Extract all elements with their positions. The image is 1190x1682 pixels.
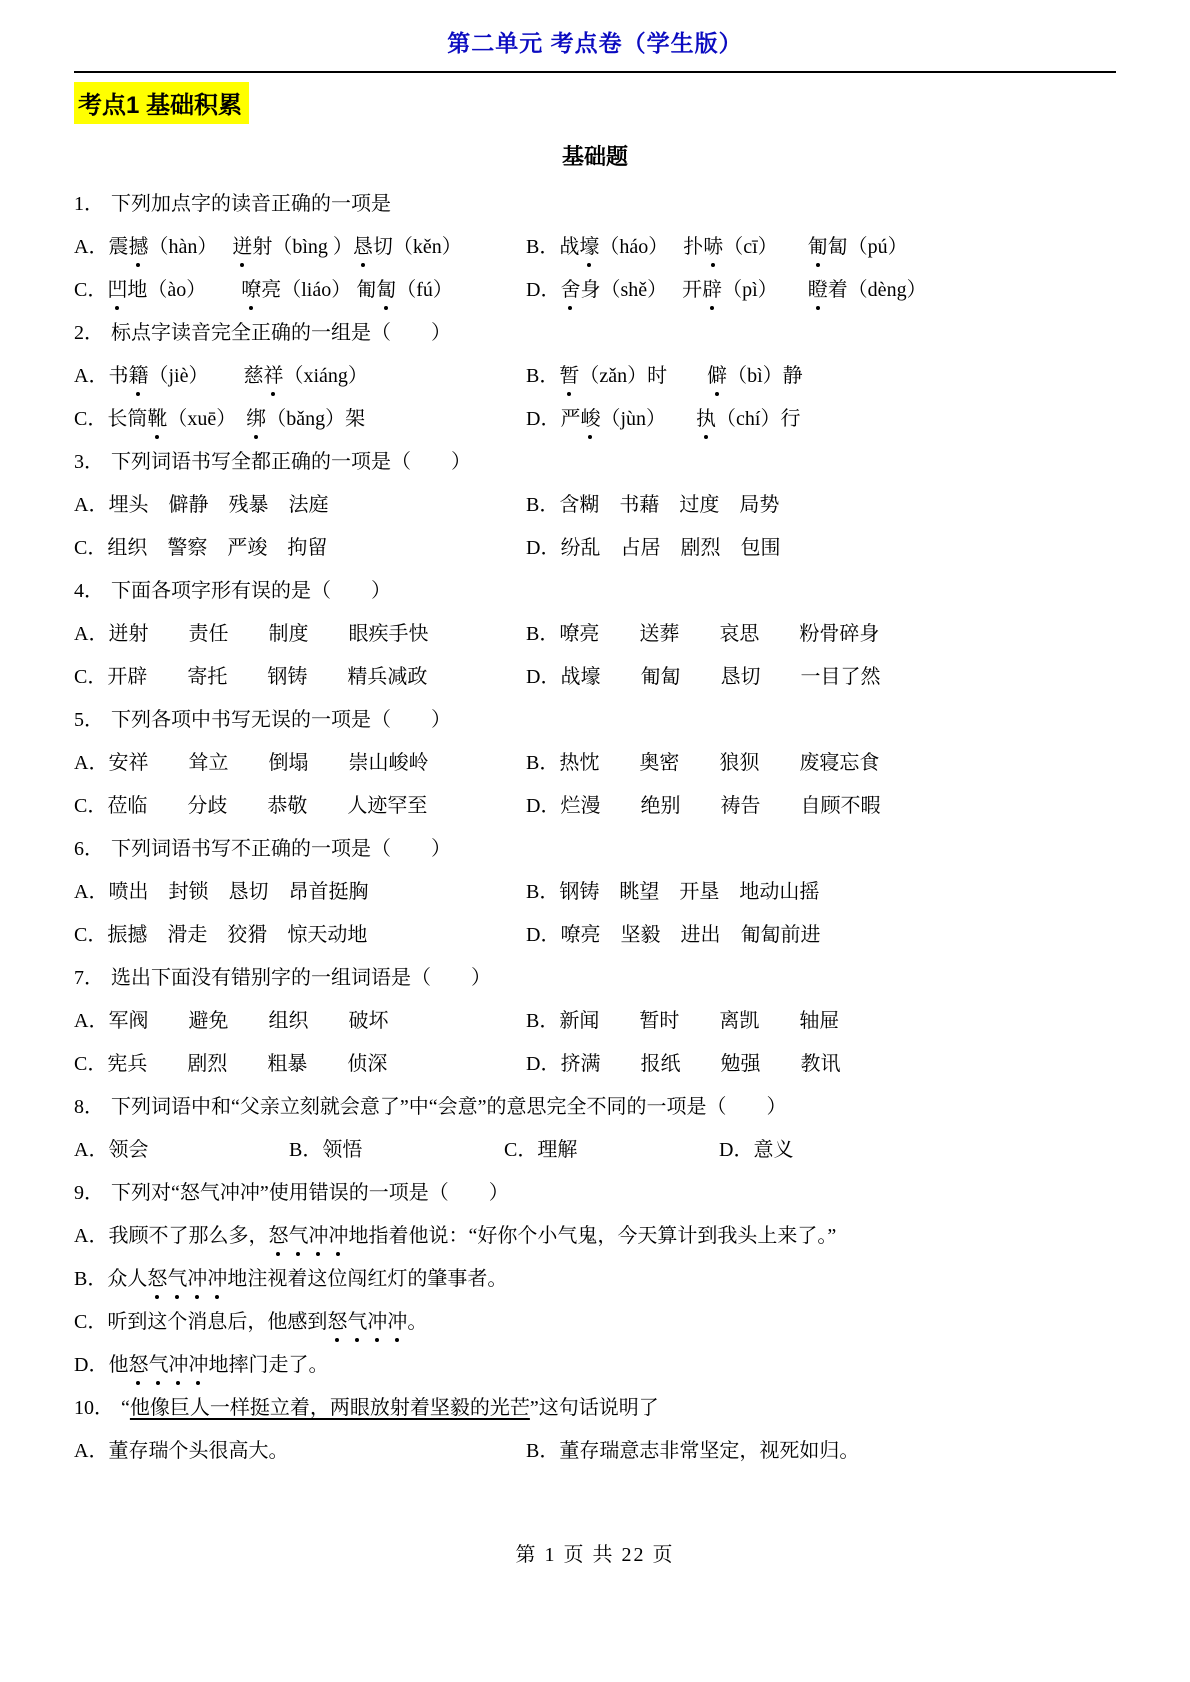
option-row: A．领会B．领悟C．理解D．意义	[74, 1137, 1116, 1164]
emphasis-dot-char: 怒	[268, 1223, 288, 1250]
question-stem: 10．“他像巨人一样挺立着，两眼放射着坚毅的光芒”这句话说明了	[74, 1395, 1116, 1422]
question-4: 4．下面各项字形有误的是（ ）A．迸射 责任 制度 眼疾手快B．嘹亮 送葬 哀思…	[74, 578, 1116, 691]
option-cell: A．安祥 耸立 倒塌 崇山峻岭	[74, 750, 526, 777]
option-row: C．宪兵 剧烈 粗暴 侦深D．挤满 报纸 勉强 教讯	[74, 1051, 1116, 1078]
emphasis-dot-char: 气	[347, 1309, 367, 1336]
option-cell: B．董存瑞意志非常坚定，视死如归。	[526, 1438, 1116, 1465]
option-row: C．莅临 分歧 恭敬 人迹罕至D．烂漫 绝别 祷告 自顾不暇	[74, 793, 1116, 820]
emphasis-dot-char: 冲	[207, 1266, 227, 1293]
underlined-quote: 他像巨人一样挺立着，两眼放射着坚毅的光芒	[130, 1397, 530, 1419]
option-cell: C．莅临 分歧 恭敬 人迹罕至	[74, 793, 526, 820]
emphasis-dot-char: 冲	[328, 1223, 348, 1250]
emphasis-dot-char: 匐	[376, 277, 396, 304]
emphasis-dot-char: 气	[167, 1266, 187, 1293]
emphasis-dot-char: 冲	[188, 1352, 208, 1379]
option-row: A．书籍（jiè） 慈祥（xiáng）B．暂（zǎn）时 僻（bì）静	[74, 363, 1116, 390]
option-row: A．喷出 封锁 恳切 昂首挺胸B．钢铸 眺望 开垦 地动山摇	[74, 879, 1116, 906]
emphasis-dot-char: 迸	[232, 234, 252, 261]
option-cell: D．嘹亮 坚毅 进出 匍匐前进	[526, 922, 1116, 949]
option-cell: B．战壕（háo） 扑哧（cī） 匍匐（pú）	[526, 234, 1116, 261]
option-row: C．凹地（ào） 嘹亮（liáo） 匍匐（fú）D．舍身（shě） 开辟（pì）…	[74, 277, 1116, 304]
emphasis-dot-char: 嘹	[241, 277, 261, 304]
section-highlight-label: 考点1 基础积累	[74, 82, 249, 124]
question-stem: 8．下列词语中和“父亲立刻就会意了”中“会意”的意思完全不同的一项是（ ）	[74, 1094, 1116, 1121]
emphasis-dot-char: 怒	[147, 1266, 167, 1293]
emphasis-dot-char: 执	[696, 406, 716, 433]
option-row: A．震撼（hàn） 迸射（bìng ）恳切（kěn）B．战壕（háo） 扑哧（c…	[74, 234, 1116, 261]
question-3: 3．下列词语书写全都正确的一项是（ ）A．埋头 僻静 残暴 法庭B．含糊 书藉 …	[74, 449, 1116, 562]
emphasis-dot-char: 冲	[387, 1309, 407, 1336]
option-row: A．我顾不了那么多，怒气冲冲地指着他说：“好你个小气鬼，今天算计到我头上来了。”	[74, 1223, 1116, 1250]
option-row: C．振撼 滑走 狡猾 惊天动地D．嘹亮 坚毅 进出 匍匐前进	[74, 922, 1116, 949]
page-footer: 第 1 页 共 22 页	[0, 1538, 1190, 1567]
option-cell: B．热忱 奥密 狼狈 废寝忘食	[526, 750, 1116, 777]
option-cell: C．理解	[504, 1137, 719, 1164]
option-row: C．开辟 寄托 钢铸 精兵减政D．战壕 匍匐 恳切 一目了然	[74, 664, 1116, 691]
option-cell: D．纷乱 占居 剧烈 包围	[526, 535, 1116, 562]
question-stem: 5．下列各项中书写无误的一项是（ ）	[74, 707, 1116, 734]
option-cell: B．嘹亮 送葬 哀思 粉骨碎身	[526, 621, 1116, 648]
question-stem: 6．下列词语书写不正确的一项是（ ）	[74, 836, 1116, 863]
question-5: 5．下列各项中书写无误的一项是（ ）A．安祥 耸立 倒塌 崇山峻岭B．热忱 奥密…	[74, 707, 1116, 820]
option-cell: A．迸射 责任 制度 眼疾手快	[74, 621, 526, 648]
emphasis-dot-char: 匍	[808, 234, 828, 261]
emphasis-dot-char: 怒	[128, 1352, 148, 1379]
option-cell: B．暂（zǎn）时 僻（bì）静	[526, 363, 1116, 390]
emphasis-dot-char: 冲	[168, 1352, 188, 1379]
option-cell: D．严峻（jùn） 执（chí）行	[526, 406, 1116, 433]
option-cell: A．震撼（hàn） 迸射（bìng ）恳切（kěn）	[74, 234, 526, 261]
option-cell: C．振撼 滑走 狡猾 惊天动地	[74, 922, 526, 949]
question-10: 10．“他像巨人一样挺立着，两眼放射着坚毅的光芒”这句话说明了A．董存瑞个头很高…	[74, 1395, 1116, 1465]
question-7: 7．选出下面没有错别字的一组词语是（ ）A．军阀 避免 组织 破坏B．新闻 暂时…	[74, 965, 1116, 1078]
emphasis-dot-char: 暂	[559, 363, 579, 390]
option-cell: B．含糊 书藉 过度 局势	[526, 492, 1116, 519]
option-row: A．董存瑞个头很高大。B．董存瑞意志非常坚定，视死如归。	[74, 1438, 1116, 1465]
question-number: 5．	[74, 709, 104, 731]
emphasis-dot-char: 靴	[147, 406, 167, 433]
question-stem: 9．下列对“怒气冲冲”使用错误的一项是（ ）	[74, 1180, 1116, 1207]
option-row: C．长筒靴（xuē） 绑（bǎng）架D．严峻（jùn） 执（chí）行	[74, 406, 1116, 433]
option-cell: C．开辟 寄托 钢铸 精兵减政	[74, 664, 526, 691]
emphasis-dot-char: 怒	[327, 1309, 347, 1336]
question-6: 6．下列词语书写不正确的一项是（ ）A．喷出 封锁 恳切 昂首挺胸B．钢铸 眺望…	[74, 836, 1116, 949]
option-row: A．迸射 责任 制度 眼疾手快B．嘹亮 送葬 哀思 粉骨碎身	[74, 621, 1116, 648]
document-page: 第二单元 考点卷（学生版） 考点1 基础积累 基础题 1．下列加点字的读音正确的…	[0, 0, 1190, 1682]
option-row: A．军阀 避免 组织 破坏B．新闻 暂时 离凯 轴屉	[74, 1008, 1116, 1035]
emphasis-dot-char: 哧	[703, 234, 723, 261]
emphasis-dot-char: 瞪	[808, 277, 828, 304]
option-cell: A．埋头 僻静 残暴 法庭	[74, 492, 526, 519]
emphasis-dot-char: 冲	[308, 1223, 328, 1250]
emphasis-dot-char: 祥	[263, 363, 283, 390]
option-cell: D．烂漫 绝别 祷告 自顾不暇	[526, 793, 1116, 820]
emphasis-dot-char: 撼	[128, 234, 148, 261]
option-cell: C．长筒靴（xuē） 绑（bǎng）架	[74, 406, 526, 433]
option-cell: B．领悟	[289, 1137, 504, 1164]
emphasis-dot-char: 辟	[702, 277, 722, 304]
question-8: 8．下列词语中和“父亲立刻就会意了”中“会意”的意思完全不同的一项是（ ）A．领…	[74, 1094, 1116, 1164]
option-row: A．埋头 僻静 残暴 法庭B．含糊 书藉 过度 局势	[74, 492, 1116, 519]
emphasis-dot-char: 凹	[107, 277, 127, 304]
option-cell: A．书籍（jiè） 慈祥（xiáng）	[74, 363, 526, 390]
question-number: 9．	[74, 1182, 104, 1204]
question-number: 2．	[74, 322, 104, 344]
option-cell: A．军阀 避免 组织 破坏	[74, 1008, 526, 1035]
option-cell: D．意义	[719, 1137, 793, 1164]
question-stem: 2．标点字读音完全正确的一组是（ ）	[74, 320, 1116, 347]
question-number: 8．	[74, 1096, 104, 1118]
emphasis-dot-char: 冲	[187, 1266, 207, 1293]
emphasis-dot-char: 气	[148, 1352, 168, 1379]
option-cell: A．我顾不了那么多，怒气冲冲地指着他说：“好你个小气鬼，今天算计到我头上来了。”	[74, 1223, 836, 1250]
emphasis-dot-char: 冲	[367, 1309, 387, 1336]
option-row: B．众人怒气冲冲地注视着这位闯红灯的肇事者。	[74, 1266, 1116, 1293]
emphasis-dot-char: 峻	[580, 406, 600, 433]
question-number: 10．	[74, 1397, 114, 1419]
option-cell: A．董存瑞个头很高大。	[74, 1438, 526, 1465]
option-row: A．安祥 耸立 倒塌 崇山峻岭B．热忱 奥密 狼狈 废寝忘食	[74, 750, 1116, 777]
question-list: 1．下列加点字的读音正确的一项是A．震撼（hàn） 迸射（bìng ）恳切（kě…	[74, 191, 1116, 1465]
option-cell: D．挤满 报纸 勉强 教讯	[526, 1051, 1116, 1078]
option-cell: A．喷出 封锁 恳切 昂首挺胸	[74, 879, 526, 906]
option-cell: C．组织 警察 严竣 拘留	[74, 535, 526, 562]
question-number: 7．	[74, 967, 104, 989]
option-cell: B．众人怒气冲冲地注视着这位闯红灯的肇事者。	[74, 1266, 507, 1293]
question-number: 3．	[74, 451, 104, 473]
question-stem: 7．选出下面没有错别字的一组词语是（ ）	[74, 965, 1116, 992]
question-number: 6．	[74, 838, 104, 860]
emphasis-dot-char: 壕	[579, 234, 599, 261]
option-row: C．听到这个消息后，他感到怒气冲冲。	[74, 1309, 1116, 1336]
option-cell: C．听到这个消息后，他感到怒气冲冲。	[74, 1309, 427, 1336]
question-stem: 4．下面各项字形有误的是（ ）	[74, 578, 1116, 605]
emphasis-dot-char: 僻	[707, 363, 727, 390]
option-cell: D．战壕 匍匐 恳切 一目了然	[526, 664, 1116, 691]
option-cell: C．宪兵 剧烈 粗暴 侦深	[74, 1051, 526, 1078]
emphasis-dot-char: 舍	[560, 277, 580, 304]
emphasis-dot-char: 恳	[353, 234, 373, 261]
question-number: 4．	[74, 580, 104, 602]
option-cell: C．凹地（ào） 嘹亮（liáo） 匍匐（fú）	[74, 277, 526, 304]
option-cell: D．他怒气冲冲地摔门走了。	[74, 1352, 328, 1379]
option-row: C．组织 警察 严竣 拘留D．纷乱 占居 剧烈 包围	[74, 535, 1116, 562]
page-title: 第二单元 考点卷（学生版）	[74, 0, 1116, 58]
question-2: 2．标点字读音完全正确的一组是（ ）A．书籍（jiè） 慈祥（xiáng）B．暂…	[74, 320, 1116, 433]
question-9: 9．下列对“怒气冲冲”使用错误的一项是（ ）A．我顾不了那么多，怒气冲冲地指着他…	[74, 1180, 1116, 1379]
question-number: 1．	[74, 193, 104, 215]
option-row: D．他怒气冲冲地摔门走了。	[74, 1352, 1116, 1379]
emphasis-dot-char: 籍	[128, 363, 148, 390]
option-cell: D．舍身（shě） 开辟（pì） 瞪着（dèng）	[526, 277, 1116, 304]
question-stem: 1．下列加点字的读音正确的一项是	[74, 191, 1116, 218]
section-subtitle: 基础题	[74, 140, 1116, 171]
option-cell: A．领会	[74, 1137, 289, 1164]
question-stem: 3．下列词语书写全都正确的一项是（ ）	[74, 449, 1116, 476]
question-1: 1．下列加点字的读音正确的一项是A．震撼（hàn） 迸射（bìng ）恳切（kě…	[74, 191, 1116, 304]
emphasis-dot-char: 绑	[246, 406, 266, 433]
option-cell: B．钢铸 眺望 开垦 地动山摇	[526, 879, 1116, 906]
emphasis-dot-char: 气	[288, 1223, 308, 1250]
option-cell: B．新闻 暂时 离凯 轴屉	[526, 1008, 1116, 1035]
